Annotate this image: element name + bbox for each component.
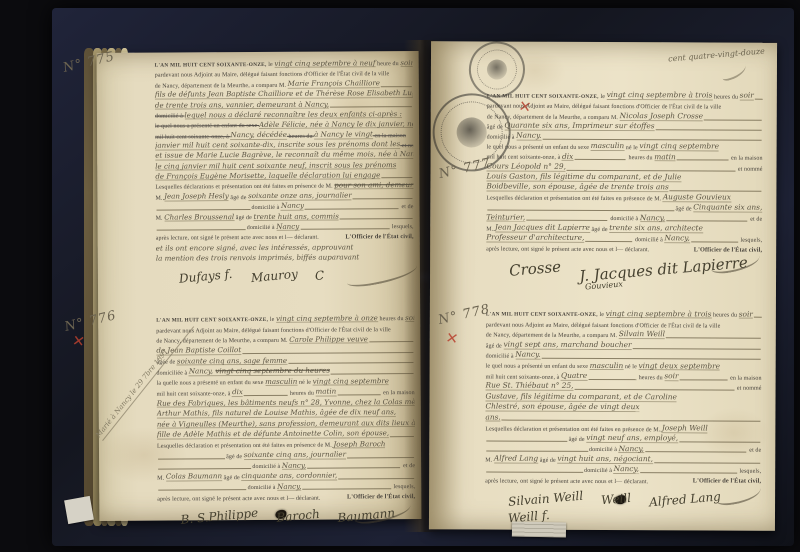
blank-rule (390, 434, 414, 437)
printed-text: M. (485, 457, 494, 463)
printed-text: L'an mil huit cent soixante-onze, (486, 313, 600, 319)
handwritten-text: Boidbeville, son épouse, âgée de trente … (486, 183, 668, 193)
signature: B. S.Philippe (180, 505, 259, 526)
handwritten-text: Nancy. (515, 351, 540, 360)
printed-text: Lesquelles déclaration et présentation o… (486, 196, 662, 203)
handwritten-text: fils de défunts Jean Baptiste Chailliore… (155, 89, 413, 99)
handwritten-text: Rue St. Thiébaut n° 25, (486, 382, 574, 391)
printed-text: L'an mil huit cent soixante-onze, (156, 318, 270, 324)
handwritten-text: vingt cinq septembre (313, 377, 389, 386)
act-line: fille de Adèle Mathis et de défunte Anto… (157, 427, 415, 439)
handwritten-text: le cinq janvier mil huit cent soixante n… (155, 161, 396, 171)
printed-text: après lecture, ont signé le présent acte… (156, 235, 321, 242)
act-body: L'an mil huit cent soixante-onze, le vin… (486, 89, 763, 253)
handwritten-text: lequel nous a déclaré reconnaître les de… (184, 110, 402, 120)
handwritten-text: masculin (590, 362, 624, 371)
act-line: pardevant nous Adjoint au Maire, délégué… (487, 100, 763, 111)
act-line: le quel nous a présenté un enfant du sex… (487, 140, 763, 151)
handwritten-text: Gustave, fils légitime du comparant, et … (485, 392, 676, 402)
printed-text: et de (749, 217, 763, 223)
handwritten-text: vingt deux septembre (638, 362, 720, 371)
act-line: Cours Léopold n° 29, et nommé (487, 161, 763, 172)
blank-rule (307, 465, 400, 469)
printed-text: L'Officier de l'État civil, (345, 234, 413, 241)
handwritten-text: Nancy, (277, 483, 301, 492)
act-body: L'an mil huit cent soixante-onze, le vin… (155, 57, 414, 262)
handwritten-text: soir (739, 310, 753, 319)
handwritten-text: Joseph Baroch (333, 440, 385, 449)
act-body: L'an mil huit cent soixante-onze, le vin… (485, 307, 762, 485)
handwritten-text: Joseph Weill (662, 424, 708, 433)
printed-text: âgé de (675, 207, 693, 213)
printed-text: né le (623, 364, 638, 370)
handwritten-text: vingt cinq septembre à trois (607, 91, 713, 100)
printed-text: âgé de (229, 195, 248, 201)
handwritten-text: Louis Gaston, fils légitime du comparant… (486, 172, 681, 182)
blank-rule (679, 377, 727, 380)
signature: Dufays f. (178, 267, 233, 286)
blank-rule (574, 157, 626, 160)
blank-rule (157, 207, 251, 211)
act-line: L'an mil huit cent soixante-onze, le vin… (487, 89, 763, 100)
printed-text: domicilié à (589, 447, 619, 453)
act-line: domicilié à Nancy. (487, 130, 763, 141)
blank-rule (679, 439, 760, 442)
act-line: Boidbeville, son épouse, âgée de trente … (486, 181, 762, 192)
act-line: pardevant nous Adjoint au Maire, délégué… (156, 322, 414, 334)
act-line: de Nancy, département de la Meurthe, a c… (155, 77, 413, 89)
printed-text: M. (486, 226, 495, 232)
handwritten-text: soir (400, 59, 412, 68)
register-page-left: N° 775 L'an mil huit cent soixante-onze,… (97, 51, 422, 521)
handwritten-text: Nancy, (619, 445, 644, 454)
printed-text: M. (155, 195, 164, 201)
printed-text: domicilié à (584, 468, 614, 474)
red-cross-mark: ✕ (444, 328, 459, 348)
handwritten-text: Nancy, (664, 234, 689, 243)
blank-rule (704, 117, 762, 120)
blank-rule (347, 455, 414, 458)
printed-text: et de (748, 448, 762, 454)
handwritten-text: Nancy (276, 223, 299, 232)
printed-text: pardevant nous Adjoint au Maire, délégué… (486, 322, 721, 329)
handwritten-text: et ils ont encore signé, avec les intére… (156, 244, 354, 253)
blank-rule (302, 486, 390, 490)
printed-text: le quel nous a présenté un enfant du sex… (487, 145, 591, 151)
handwritten-text: soir (405, 314, 414, 323)
blank-rule (353, 196, 413, 199)
signature: J. Jacques dit Lapierre (579, 253, 749, 285)
printed-text: en la maison (382, 390, 415, 396)
handwritten-text: pour son ami, demeurant le (334, 181, 413, 190)
printed-text: M. (156, 216, 165, 222)
handwritten-text: vingt sept ans, marchand boucher (503, 340, 631, 349)
blank-rule (244, 393, 287, 396)
handwritten-text: Marie François Chailliore (288, 79, 380, 88)
printed-text: le quel nous a présenté un enfant du sex… (155, 123, 259, 130)
register-page-right: cent quatre-vingt-douze ✕ N° 777 L'an mi… (429, 41, 777, 531)
signatures-row: CrosseGouvieuxJ. Jacques dit Lapierre (486, 252, 762, 304)
printed-text: heures du (712, 95, 739, 101)
act-number: N° 778 (437, 302, 492, 328)
act-line: Gustave, fils légitime du comparant, et … (485, 391, 761, 403)
printed-text: domicilié à (486, 353, 516, 359)
blank-rule (305, 206, 399, 210)
printed-text: L'an mil huit cent soixante-onze, (487, 94, 601, 100)
printed-text: Lesquelles déclaration et présentation o… (157, 443, 334, 450)
signatures-row: B. S.PhilippeBarochBaumann (157, 501, 415, 542)
act-line: âgé de vingt sept ans, marchand boucher (486, 339, 762, 351)
printed-text: et de (401, 463, 415, 469)
handwritten-text: à Nancy le vingt (314, 130, 373, 139)
act-777: N° 777 L'an mil huit cent soixante-onze,… (486, 41, 763, 304)
handwritten-text: Jean Joseph Hesly (164, 192, 229, 201)
blank-rule (677, 158, 729, 161)
printed-text: en la maison (728, 375, 761, 381)
handwritten-text: Nancy, (282, 462, 306, 471)
printed-text: mil huit cent soixante-onze, à (487, 155, 562, 161)
blank-rule (340, 216, 413, 219)
printed-text: lesquels, (739, 237, 762, 243)
blank-rule (300, 226, 389, 230)
blank-rule (645, 450, 747, 453)
printed-text: de Nancy, département de la Meurthe, a c… (155, 82, 288, 89)
printed-text: et nommé (735, 386, 761, 392)
handwritten-text: masculin (265, 378, 297, 387)
handwritten-text: cinquante ans, cordonnier, (241, 472, 337, 481)
blank-rule (158, 466, 251, 470)
handwritten-text: Nancy. (516, 132, 541, 141)
handwritten-text: Professeur d'architecture, (486, 234, 584, 243)
printed-text: et nommé (736, 166, 762, 172)
act-line: L'an mil huit cent soixante-onze, le vin… (155, 57, 413, 69)
blank-rule (381, 175, 412, 178)
printed-text: et de (400, 204, 414, 210)
handwritten-text: Jean Jacques dit Lapierre (495, 223, 590, 232)
printed-text: heures du (637, 375, 664, 381)
printed-text: âgé de (222, 475, 241, 481)
printed-text: heures du (711, 313, 738, 319)
printed-text: mil huit cent soixante-onze, à (155, 134, 230, 140)
act-line: pardevant nous Adjoint au Maire, délégué… (486, 318, 762, 330)
handwritten-text: matin (654, 153, 676, 162)
handwritten-text: Nancy, (614, 466, 639, 475)
blank-rule (526, 218, 608, 221)
paraph-flourish (345, 259, 419, 290)
handwritten-text: Nancy, (189, 368, 216, 377)
handwritten-text: dix (232, 388, 243, 397)
printed-text: âgé de (234, 215, 253, 221)
act-line: le quel nous a présenté un enfant du sex… (486, 359, 762, 371)
blank-rule (588, 377, 636, 380)
signature: Baumann (337, 505, 396, 524)
handwritten-text: matin (315, 388, 336, 397)
handwritten-text: Nancy (281, 202, 304, 211)
printed-text: né le (297, 380, 312, 386)
act-778: N° 778 ✕ L'an mil huit cent soixante-onz… (485, 307, 762, 530)
act-line: Lesquelles déclarations et présentation … (155, 179, 413, 191)
blank-rule (632, 346, 760, 350)
handwritten-text: vingt cinq septembre à trois (606, 310, 712, 319)
act-line: Lesquelles déclaration et présentation o… (486, 191, 762, 202)
handwritten-text: Cours Léopold n° 29, (487, 162, 566, 171)
printed-text: mil huit cent soixante-onze, à (157, 391, 232, 397)
blank-rule (486, 470, 583, 473)
act-line: le quel nous a présenté un enfant du sex… (155, 118, 413, 130)
act-line: Louis Gaston, fils légitime du comparant… (486, 171, 762, 182)
handwritten-text: soixante cinq ans, sage femme (177, 357, 287, 366)
act-line: domicilié à lequel nous a déclaré reconn… (155, 108, 413, 120)
handwritten-text: Alfred Lang (494, 455, 538, 464)
printed-text: pardevant nous Adjoint au Maire, délégué… (487, 104, 722, 111)
blank-rule (691, 239, 738, 242)
handwritten-text: de trente trois ans, vannier, demeurant … (155, 100, 329, 110)
printed-text: heures du (627, 155, 654, 161)
printed-text: domicilié à (251, 205, 281, 211)
printed-text: heures du (378, 316, 405, 322)
blank-rule (486, 449, 588, 452)
act-line: de Nancy, département de la Meurthe, a c… (486, 328, 762, 340)
photo-of-civil-register: N° 775 L'an mil huit cent soixante-onze,… (0, 0, 800, 552)
handwritten-text: Rue des Fabriques, les bâtiments neufs n… (157, 398, 415, 408)
blank-rule (654, 460, 760, 463)
printed-text: lesquels, (392, 484, 415, 490)
printed-text: âgé de (226, 454, 244, 460)
act-line: Lesquelles déclaration et présentation o… (485, 422, 761, 434)
corner-paper-tab (64, 496, 94, 524)
act-line: la quelle nous a présenté un enfant du s… (157, 375, 415, 387)
printed-text: L'an mil huit cent soixante-onze, (155, 63, 269, 69)
printed-text: domicilié à (487, 134, 517, 140)
handwritten-text: trente six ans, architecte (609, 224, 703, 233)
handwritten-text: Quarante six ans, Imprimeur sur étoffes (504, 122, 654, 131)
handwritten-text: dix (562, 152, 573, 161)
printed-text: âgé de (487, 124, 505, 130)
handwritten-text: Arthur Mathis, fils naturel de Louise Ma… (157, 408, 396, 418)
blank-rule (331, 371, 414, 375)
signature: Mauroy (250, 267, 298, 285)
handwritten-text: vingt cinq septembre du heures (215, 367, 330, 376)
handwritten-text: vingt cinq septembre (639, 143, 719, 152)
act-line: Arthur Mathis, fils naturel de Louise Ma… (157, 406, 415, 418)
act-line: mil huit cent soixante-onze, à Quatre he… (486, 370, 762, 382)
printed-text: domicilié à (247, 225, 277, 231)
handwritten-text: Quatre (561, 372, 587, 381)
blank-rule (656, 127, 762, 130)
printed-text: domicilié à (252, 464, 282, 470)
act-line: L'an mil huit cent soixante-onze, le vin… (156, 312, 414, 324)
handwritten-text: vingt huit ans, négociant, (557, 455, 653, 464)
signature: C (315, 268, 325, 283)
handwritten-text: et issue de Marie Lucie Bagrève, le reco… (155, 150, 413, 160)
handwritten-text: Charles Broussenal (164, 213, 234, 222)
act-775: N° 775 L'an mil huit cent soixante-onze,… (155, 51, 415, 301)
handwritten-text: Nicolas Joseph Crosse (620, 112, 703, 121)
handwritten-text: Colas Baumann (166, 473, 222, 482)
printed-text: de Nancy, département de la Meurthe, a c… (486, 333, 619, 340)
printed-text: âgé de (538, 458, 557, 464)
printed-text: âgé de (486, 343, 504, 349)
handwritten-text: née à Vigneulles (Meurthe), sans profess… (157, 419, 415, 429)
blank-rule (640, 470, 737, 473)
handwritten-text: Carole Philippe veuve (289, 335, 368, 344)
signature: Silvain Weill (508, 488, 584, 508)
handwritten-text: trente huit ans, commis (253, 212, 338, 221)
printed-text: domicilié à (633, 237, 664, 243)
printed-text: en la maison (373, 133, 406, 139)
act-line: Chlestré, son épouse, âgée de vingt deux (485, 401, 761, 413)
blank-rule (330, 104, 412, 107)
printed-text: la quelle nous a présenté un enfant du s… (157, 380, 266, 387)
blank-rule (369, 339, 413, 342)
handwritten-text: ans. (485, 413, 500, 422)
act-line: Rue des Fabriques, les bâtiments neufs n… (157, 396, 415, 408)
signature: Crosse (508, 258, 561, 280)
handwritten-text: Cinquante six ans, (693, 204, 762, 213)
printed-text: domicilié à (609, 216, 640, 222)
signature: Alfred Lang (649, 489, 722, 509)
act-line: janvier mil huit cent soixante-dix, insc… (155, 139, 413, 151)
printed-text: domicilié à (155, 114, 185, 120)
act-line: mil huit cent soixante-onze, à dix heure… (487, 151, 763, 162)
handwritten-text: vingt neuf ans, employé, (586, 434, 678, 443)
act-line: Rue St. Thiébaut n° 25, et nommé (486, 380, 762, 392)
act-line: de Nancy, département de la Meurthe, a c… (487, 110, 763, 121)
signature: Baroch (276, 507, 321, 525)
blank-rule (338, 476, 414, 479)
blank-rule (755, 97, 763, 100)
signature: Weill (601, 490, 632, 506)
printed-text: heures du (287, 133, 314, 139)
handwritten-text: vingt cinq septembre à neuf (274, 59, 375, 68)
printed-text: domiciliée à (157, 370, 189, 376)
handwritten-text: masculin (591, 142, 625, 151)
printed-text: mil huit cent soixante-onze, à (486, 374, 561, 380)
blank-rule (158, 456, 225, 459)
act-line: âgé de Quarante six ans, Imprimeur sur é… (487, 120, 763, 131)
blank-rule (486, 439, 567, 442)
printed-text: le quel nous a présenté un enfant du sex… (486, 364, 590, 370)
handwritten-text: Nancy, décédée (230, 131, 286, 140)
blank-rule (754, 315, 762, 318)
act-line: et issue de Marie Lucie Bagrève, le reco… (155, 149, 413, 161)
printed-text: lesquels, (390, 224, 413, 230)
handwritten-text: soir (664, 372, 678, 381)
act-line: pardevant nous Adjoint au Maire, délégué… (155, 67, 413, 79)
handwritten-text: soixante cinq ans, journalier (244, 451, 346, 460)
blank-rule (381, 84, 412, 87)
handwritten-text: de François Eugène Morisette, laquelle d… (155, 171, 380, 181)
red-cross-mark: ✕ (71, 331, 86, 351)
blank-rule (666, 335, 761, 338)
signatures-row: Dufays f.MauroyC (156, 261, 414, 302)
act-line: M. Alfred Lang âgé de vingt huit ans, né… (485, 453, 761, 465)
act-line: domicilié à Nancy. (486, 349, 762, 361)
printed-text: âgé de (569, 437, 587, 443)
act-line: le cinq janvier mil huit cent soixante n… (155, 159, 413, 171)
handwritten-text: Nancy, (640, 214, 665, 223)
printed-text: domicilié à (248, 485, 278, 491)
handwritten-text: Chlestré, son épouse, âgée de vingt deux (485, 403, 639, 412)
printed-text: né le (624, 145, 639, 151)
act-line: L'an mil huit cent soixante-onze, le vin… (486, 307, 762, 319)
blank-rule (158, 487, 246, 491)
printed-text: lesquels, (738, 469, 761, 475)
printed-text: heure du (375, 61, 400, 67)
printed-text: âgé de (590, 227, 609, 233)
blank-rule (157, 227, 246, 231)
handwritten-text: soir (740, 92, 754, 101)
printed-text: en la maison (729, 156, 762, 162)
blank-rule (337, 392, 380, 395)
printed-text: heures du (288, 390, 315, 396)
act-line: de François Eugène Morisette, laquelle d… (155, 169, 413, 181)
printed-text: M. (157, 475, 166, 481)
act-line: fils de défunts Jean Baptiste Chailliore… (155, 88, 413, 100)
handwritten-text: fille de Adèle Mathis et de défunte Anto… (157, 430, 389, 440)
handwritten-text: Teinturier, (486, 213, 525, 222)
act-line: née à Vigneulles (Meurthe), sans profess… (157, 417, 415, 429)
blank-rule (585, 239, 632, 242)
act-body: L'an mil huit cent soixante-onze, le vin… (156, 312, 415, 503)
blank-rule (670, 188, 762, 191)
act-776: N° 776 ✕ Marié à Nancy le 29 7bre 1891 L… (156, 312, 415, 542)
printed-text: Lesquelles déclaration et présentation o… (485, 426, 661, 433)
spine-label-sticker (512, 522, 566, 538)
handwritten-text: Adèle Félicie, née à Nancy le dix janvie… (259, 120, 413, 129)
act-line: mil huit cent soixante-onze, à Nancy, dé… (155, 128, 413, 140)
handwritten-text: vingt cinq septembre à onze (276, 314, 378, 323)
handwritten-text: Silvain Weill (619, 330, 665, 339)
act-line: Professeur d'architecture, domicilié à N… (486, 232, 762, 243)
blank-rule (666, 219, 748, 222)
handwritten-text: soixante onze ans, journalier (248, 192, 352, 201)
act-line: après lecture, ont signé le présent acte… (156, 230, 414, 242)
act-line: Lesquelles déclaration et présentation o… (157, 438, 415, 450)
handwritten-text: Auguste Gouvieux (663, 194, 731, 203)
printed-text: et nommé (400, 143, 413, 149)
act-line: M. Jean Jacques dit Lapierre âgé de tren… (486, 222, 762, 233)
